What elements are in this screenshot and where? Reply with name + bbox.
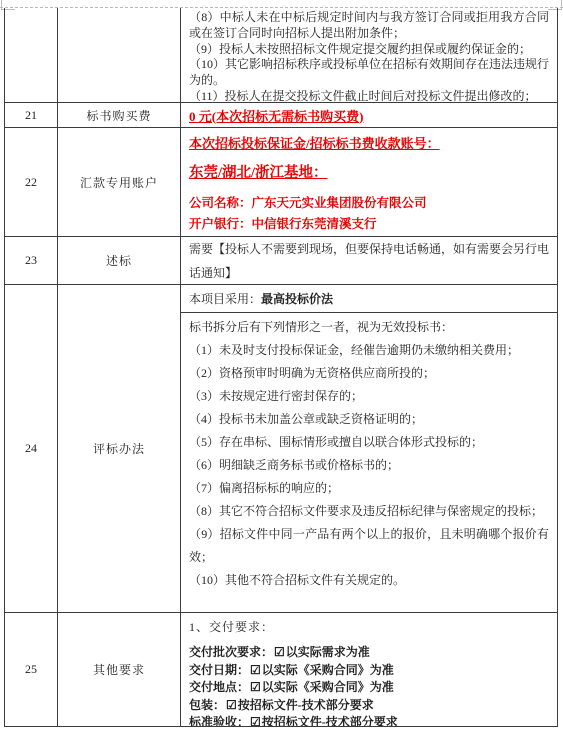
delivery-batch-label: 交付批次要求： xyxy=(189,645,273,659)
row-24-label: 评标办法 xyxy=(58,285,181,612)
tender-document-page: （8）中标人未在中标后规定时间内与我方签订合同或拒用我方合同或在签订合同时向招标… xyxy=(0,0,563,729)
checked-checkbox-icon: ☑ xyxy=(249,680,262,694)
fee-amount-text: 0 元(本次招标无需标书购买费) xyxy=(189,106,549,125)
presentation-requirement-text: 需要【投标人不需要到现场，但要保持电话畅通，如有需要会另行电话通知】 xyxy=(189,237,549,284)
condition-item-5: （5）存在串标、围标情形或擅自以联合体形式投标的； xyxy=(189,431,549,454)
packaging-value: 按招标文件-技术部分要求 xyxy=(238,698,374,712)
acceptance-standard-value: 按招标文件-技术部分要求 xyxy=(262,715,398,726)
table-row-25: 25 其他要求 1、交付要求： 交付批次要求：☑以实际需求为准 交付日期：☑以实… xyxy=(5,613,557,727)
row-25-content-cell: 1、交付要求： 交付批次要求：☑以实际需求为准 交付日期：☑以实际《采购合同》为… xyxy=(181,613,557,726)
table-row-24: 24 评标办法 本项目采用：最高投标价法 标书拆分后有下列情形之一者，视为无效投… xyxy=(5,285,557,613)
invalid-bid-item-10: （10）其它影响招标秩序或投标单位在招标有效期间存在违法违规行为的。 xyxy=(189,57,549,89)
row-22-label: 汇款专用账户 xyxy=(58,128,181,236)
method-name-text: 最高投标价法 xyxy=(261,290,333,307)
condition-item-3: （3）未按规定进行密封保存的； xyxy=(189,385,549,408)
invalid-bid-conditions-list: 标书拆分后有下列情形之一者，视为无效投标书： （1）未及时支付投标保证金，经催告… xyxy=(181,313,557,592)
row-25-number: 25 xyxy=(5,613,58,726)
company-name-line: 公司名称：广东天元实业集团股份有限公司 xyxy=(189,193,549,214)
condition-item-1: （1）未及时支付投标保证金，经催告逾期仍未缴纳相关费用； xyxy=(189,339,549,362)
row-23-label: 述标 xyxy=(58,237,181,284)
checked-checkbox-icon: ☑ xyxy=(273,645,286,659)
delivery-date-line: 交付日期：☑以实际《采购合同》为准 xyxy=(189,662,549,680)
delivery-batch-value: 以实际需求为准 xyxy=(286,645,370,659)
invalid-bid-intro: 标书拆分后有下列情形之一者，视为无效投标书： xyxy=(189,316,549,339)
invalid-bid-item-8: （8）中标人未在中标后规定时间内与我方签订合同或拒用我方合同或在签订合同时向招标… xyxy=(189,10,549,42)
acceptance-standard-label: 标准验收： xyxy=(189,715,249,726)
condition-item-4: （4）投标书未加盖公章或缺乏资格证明的； xyxy=(189,408,549,431)
checked-checkbox-icon: ☑ xyxy=(225,698,238,712)
table-row-23: 23 述标 需要【投标人不需要到现场，但要保持电话畅通，如有需要会另行电话通知】 xyxy=(5,237,557,285)
delivery-date-value: 以实际《采购合同》为准 xyxy=(262,663,394,677)
row-24-content-cell: 本项目采用：最高投标价法 标书拆分后有下列情形之一者，视为无效投标书： （1）未… xyxy=(181,285,557,612)
row-23-number: 23 xyxy=(5,237,58,284)
table-row-22: 22 汇款专用账户 本次招标投标保证金/招标标书费收款账号： 东莞/湖北/浙江基… xyxy=(5,128,557,237)
condition-item-8: （8）其它不符合招标文件要求及违反招标纪律与保密规定的投标； xyxy=(189,500,549,523)
table-row-21: 21 标书购买费 0 元(本次招标无需标书购买费) xyxy=(5,103,557,128)
checked-checkbox-icon: ☑ xyxy=(249,663,262,677)
row-21-number: 21 xyxy=(5,103,58,127)
checked-checkbox-icon: ☑ xyxy=(249,715,262,726)
bank-account-number-line: 银行帐号：8110901013001127325 xyxy=(189,234,549,236)
row-24-number: 24 xyxy=(5,285,58,612)
condition-item-6: （6）明细缺乏商务标书或价格标书的； xyxy=(189,454,549,477)
row-22-number: 22 xyxy=(5,128,58,236)
row-23-content-cell: 需要【投标人不需要到现场，但要保持电话畅通，如有需要会另行电话通知】 xyxy=(181,237,557,284)
bank-name-line: 开户银行：中信银行东莞清溪支行 xyxy=(189,214,549,235)
row-continuation-content: （8）中标人未在中标后规定时间内与我方签订合同或拒用我方合同或在签订合同时向招标… xyxy=(181,8,557,102)
invalid-bid-item-11: （11）投标人在提交投标文件截止时间后对投标文件提出修改的； xyxy=(189,89,549,102)
delivery-requirements-heading: 1、交付要求： xyxy=(189,617,549,637)
base-locations-line: 东莞/湖北/浙江基地： xyxy=(189,161,549,182)
acceptance-standard-line: 标准验收：☑按招标文件-技术部分要求 xyxy=(189,714,549,726)
account-notice-line: 本次招标投标保证金/招标标书费收款账号： xyxy=(189,133,549,152)
method-prefix-text: 本项目采用： xyxy=(189,290,261,307)
condition-item-7: （7）偏离招标标的响应的； xyxy=(189,477,549,500)
tender-terms-table: （8）中标人未在中标后规定时间内与我方签订合同或拒用我方合同或在签订合同时向招标… xyxy=(4,8,558,727)
row-25-label: 其他要求 xyxy=(58,613,181,726)
delivery-date-label: 交付日期： xyxy=(189,663,249,677)
delivery-place-line: 交付地点：☑以实际《采购合同》为准 xyxy=(189,679,549,697)
row-22-content-cell: 本次招标投标保证金/招标标书费收款账号： 东莞/湖北/浙江基地： 公司名称：广东… xyxy=(181,128,557,236)
delivery-batch-line: 交付批次要求：☑以实际需求为准 xyxy=(189,644,549,662)
condition-item-10: （10）其他不符合招标文件有关规定的。 xyxy=(189,569,549,592)
row-continuation-label-cell xyxy=(58,8,181,102)
row-continuation-number-cell xyxy=(5,8,58,102)
delivery-place-label: 交付地点： xyxy=(189,680,249,694)
table-row-continuation: （8）中标人未在中标后规定时间内与我方签订合同或拒用我方合同或在签订合同时向招标… xyxy=(5,8,557,103)
row-21-label: 标书购买费 xyxy=(58,103,181,127)
condition-item-2: （2）资格预审时明确为无资格供应商所投的； xyxy=(189,362,549,385)
row-21-content-cell: 0 元(本次招标无需标书购买费) xyxy=(181,103,557,127)
evaluation-method-line: 本项目采用：最高投标价法 xyxy=(181,285,557,313)
condition-item-9: （9）招标文件中同一产品有两个以上的报价，且未明确哪个报价有效； xyxy=(189,523,549,569)
delivery-place-value: 以实际《采购合同》为准 xyxy=(262,680,394,694)
invalid-bid-item-9: （9）投标人未按照招标文件规定提交履约担保或履约保证金的； xyxy=(189,42,549,58)
packaging-label: 包装： xyxy=(189,698,225,712)
packaging-line: 包装：☑按招标文件-技术部分要求 xyxy=(189,697,549,715)
